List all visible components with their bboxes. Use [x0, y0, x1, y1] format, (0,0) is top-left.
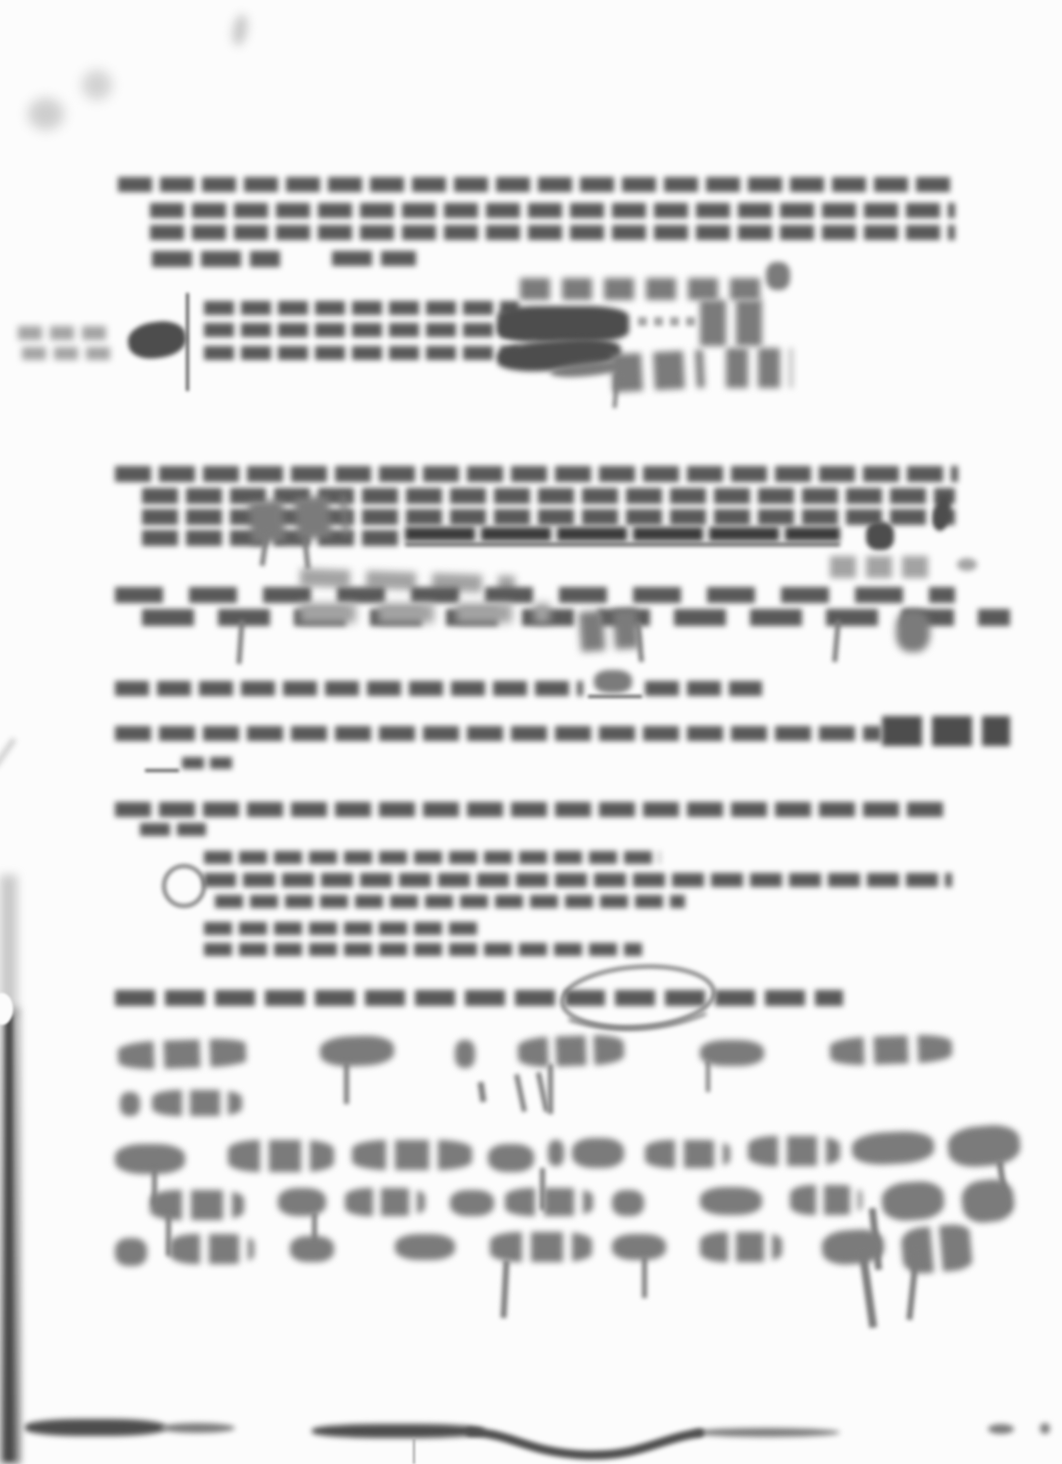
answer-l5-word4	[395, 1234, 455, 1260]
answer-l5-word6	[612, 1234, 666, 1260]
answer-l5-desc1	[500, 1260, 509, 1318]
answer-l5-word5	[490, 1232, 592, 1262]
bottom-smudge-dot-2	[1040, 1423, 1050, 1434]
spine-shadow-core	[5, 1015, 13, 1460]
answer-l2-word1	[120, 1092, 140, 1116]
q5-hw-answer-end	[882, 716, 1010, 746]
q1-line-1	[118, 177, 955, 192]
margin-script-2	[22, 347, 110, 360]
margin-check-scribble	[126, 318, 188, 362]
bottom-smudge-bar-1-tail	[160, 1423, 235, 1433]
q1-subitem-i	[204, 301, 519, 315]
answer-l1-word3	[455, 1040, 475, 1068]
answer-l3-word2	[228, 1140, 334, 1172]
bottom-smudge-bar-1	[25, 1419, 165, 1436]
hw-math-row4b	[726, 348, 792, 388]
q4-hw-answer	[594, 670, 632, 693]
bottom-smudge-bar-3	[692, 1428, 840, 1437]
option-b-hand-circle	[164, 866, 204, 906]
bottom-smudge-bar-2	[312, 1424, 484, 1438]
answer-l3-word9	[851, 1130, 935, 1166]
answer-l3-word4	[488, 1144, 534, 1172]
answer-l4-word1	[150, 1190, 244, 1220]
q2-bold-underline	[405, 543, 840, 546]
answer-l3-word3	[352, 1140, 472, 1170]
hw-math-row1	[520, 278, 760, 300]
answer-l1-desc3	[706, 1060, 710, 1092]
q3-hw-mid	[579, 608, 640, 652]
q2-line-1	[115, 466, 958, 482]
q6-option-d	[204, 943, 642, 956]
answer-l1-word1	[118, 1038, 251, 1071]
answer-l1-word2	[319, 1035, 394, 1068]
q3-hw-desc3	[832, 620, 841, 662]
answer-l1-desc1	[344, 1062, 349, 1104]
margin-script-1	[18, 326, 114, 340]
q6-option-c	[204, 922, 480, 935]
q4-line-b	[645, 681, 762, 696]
answer-l4-word8	[790, 1185, 862, 1215]
answer-l4-word7	[700, 1187, 762, 1215]
hw-math-row2-dark	[497, 306, 629, 342]
q1-subitem-iii	[204, 346, 519, 360]
q1-line-4a	[152, 251, 280, 267]
q6-option-b-line2	[215, 895, 685, 908]
q2-hw-mark-right	[866, 522, 894, 550]
bottom-hairline	[413, 1438, 415, 1464]
answer-l5-word1	[115, 1238, 147, 1266]
answer-l4-word9	[881, 1180, 945, 1222]
q2-hw-faint-right2	[957, 558, 977, 571]
answer-l4-word3	[345, 1188, 425, 1216]
q3-hw-desc1	[236, 620, 244, 664]
bottom-curve-smudge	[470, 1432, 700, 1455]
hw-math-row4	[611, 350, 705, 393]
margin-diagonal-smudge	[0, 738, 16, 769]
q6-stem-1	[115, 802, 951, 817]
q2-bold-phrase	[405, 527, 840, 541]
q5-line-1	[115, 726, 881, 741]
q2-hw-faint-right	[830, 556, 936, 578]
bottom-smudge-dot-1	[988, 1424, 1014, 1434]
q5-blank-underline	[145, 769, 179, 772]
hw-math-row2-dashes	[638, 317, 696, 326]
answer-l5-desc2	[642, 1256, 647, 1298]
answer-l3-word8	[748, 1136, 840, 1166]
q3-line-1	[115, 587, 955, 603]
q1-line-2	[150, 203, 955, 218]
q4-blank-underline	[588, 695, 642, 698]
answer-l1-word4	[518, 1034, 625, 1068]
q7-line	[115, 990, 843, 1006]
answer-l5-word7	[700, 1232, 782, 1262]
scanned-exam-page	[0, 0, 1062, 1464]
answer-l4-word2	[278, 1188, 326, 1216]
q1-subitem-bracket	[186, 293, 189, 391]
answer-l4-word4	[450, 1190, 494, 1216]
q3-line-2	[142, 609, 1010, 626]
answer-l5-word2	[170, 1234, 254, 1264]
hw-math-row2-fraction	[700, 300, 764, 346]
q1-line-3	[150, 225, 955, 240]
q3-hw-inline	[300, 603, 550, 623]
answer-l3-word7	[645, 1140, 730, 1168]
answer-l2-f1	[514, 1074, 527, 1112]
answer-l4-word10	[960, 1177, 1016, 1224]
top-smudge-1	[230, 13, 249, 47]
hw-math-row1-sup	[766, 262, 790, 290]
q6-option-b-line1	[204, 873, 952, 887]
q4-line-a	[115, 681, 583, 696]
q6-stem-2	[140, 823, 206, 836]
top-smudge-2	[82, 70, 112, 100]
answer-l2-word2	[152, 1090, 242, 1116]
answer-l3-word1	[115, 1144, 185, 1174]
answer-l5-word3	[290, 1236, 334, 1262]
answer-l1-desc2	[548, 1064, 553, 1114]
answer-l2-tick	[478, 1082, 487, 1103]
answer-l3-word6	[572, 1138, 624, 1168]
answer-word-ellipse-understroke	[570, 1014, 705, 1029]
answer-l3-word5	[548, 1140, 564, 1166]
q1-line-4b	[332, 251, 416, 266]
answer-l4-word5	[505, 1188, 593, 1216]
answer-l3-word10	[946, 1123, 1021, 1169]
top-smudge-3	[28, 98, 64, 130]
q6-option-a	[204, 851, 660, 864]
answer-l1-word6	[830, 1034, 953, 1066]
q5-blank-note	[182, 757, 236, 769]
answer-l4-word6	[612, 1190, 644, 1216]
q3-hw-desc2	[635, 622, 644, 662]
q3-hw-right	[896, 610, 930, 652]
